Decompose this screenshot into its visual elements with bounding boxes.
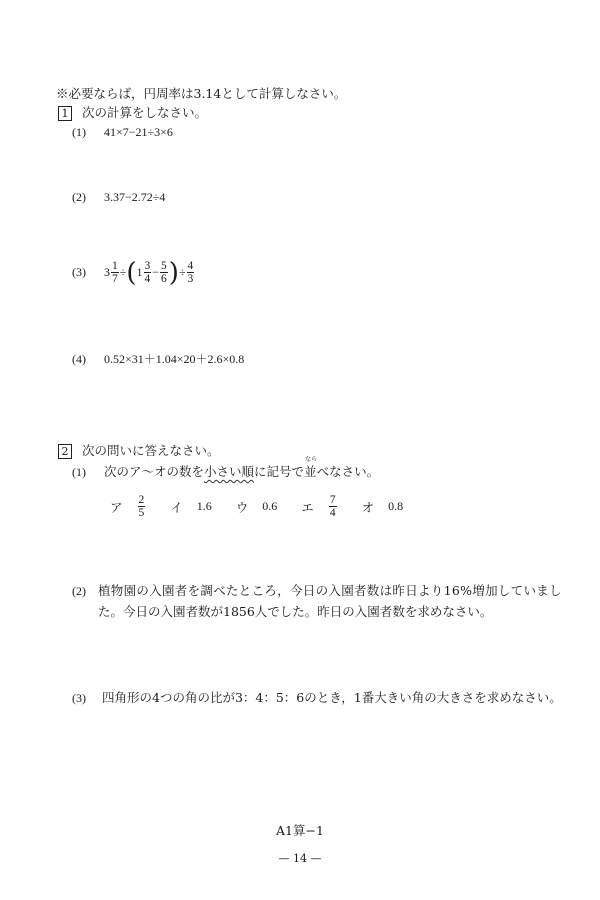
fraction: 56 — [160, 260, 168, 285]
section-number-box: 2 — [58, 444, 72, 459]
problem-1-4: (4)0.52×31＋1.04×20＋2.6×0.8 — [72, 350, 244, 367]
fraction: 17 — [111, 260, 119, 285]
problem-2-2-line2: た。今日の入園者数が1856人でした。昨日の入園者数を求めなさい。 — [98, 602, 492, 620]
choice-i: イ1.6 — [170, 498, 212, 516]
choice-o: オ0.8 — [362, 498, 404, 516]
ruby-char: なら並 — [304, 462, 317, 480]
fraction: 43 — [187, 260, 195, 285]
problem-2-1: (1)次のア～オの数を小さい順に記号でなら並べなさい。 — [72, 462, 379, 480]
choices-row: ア25 イ1.6 ウ0.6 エ74 オ0.8 — [110, 494, 427, 519]
problem-1-1: (1)41×7−21÷3×6 — [72, 124, 173, 140]
section-1-heading: 1次の計算をしなさい。 — [58, 103, 207, 121]
note: ※必要ならば，円周率は3.14として計算しなさい。 — [56, 84, 346, 102]
page-number: — 14 — — [0, 852, 600, 865]
expression: 0.52×31＋1.04×20＋2.6×0.8 — [104, 352, 244, 366]
expression: 41×7−21÷3×6 — [104, 125, 173, 139]
fraction: 34 — [144, 260, 152, 285]
choice-a: ア25 — [110, 494, 146, 519]
expression: 3.37−2.72÷4 — [104, 190, 165, 204]
problem-1-2: (2)3.37−2.72÷4 — [72, 189, 165, 205]
emphasis-text: 小さい順 — [204, 464, 254, 479]
page-code: A1算−1 — [0, 821, 600, 839]
problem-2-2: (2)植物園の入園者を調べたところ，今日の入園者数は昨日より16%増加していまし — [72, 581, 562, 599]
section-instruction: 次の計算をしなさい。 — [82, 105, 207, 120]
choice-u: ウ0.6 — [236, 498, 278, 516]
problem-2-3: (3)四角形の4つの角の比が3：4：5：6のとき，1番大きい角の大きさを求めなさ… — [72, 688, 562, 706]
problem-1-3: (3) 3 17 ÷ ( 1 34 − 56 ) ÷ 43 — [72, 260, 195, 285]
section-2-heading: 2次の問いに答えなさい。 — [58, 441, 220, 459]
choice-e: エ74 — [301, 494, 337, 519]
section-number-box: 1 — [58, 106, 72, 121]
section-instruction: 次の問いに答えなさい。 — [82, 443, 220, 458]
